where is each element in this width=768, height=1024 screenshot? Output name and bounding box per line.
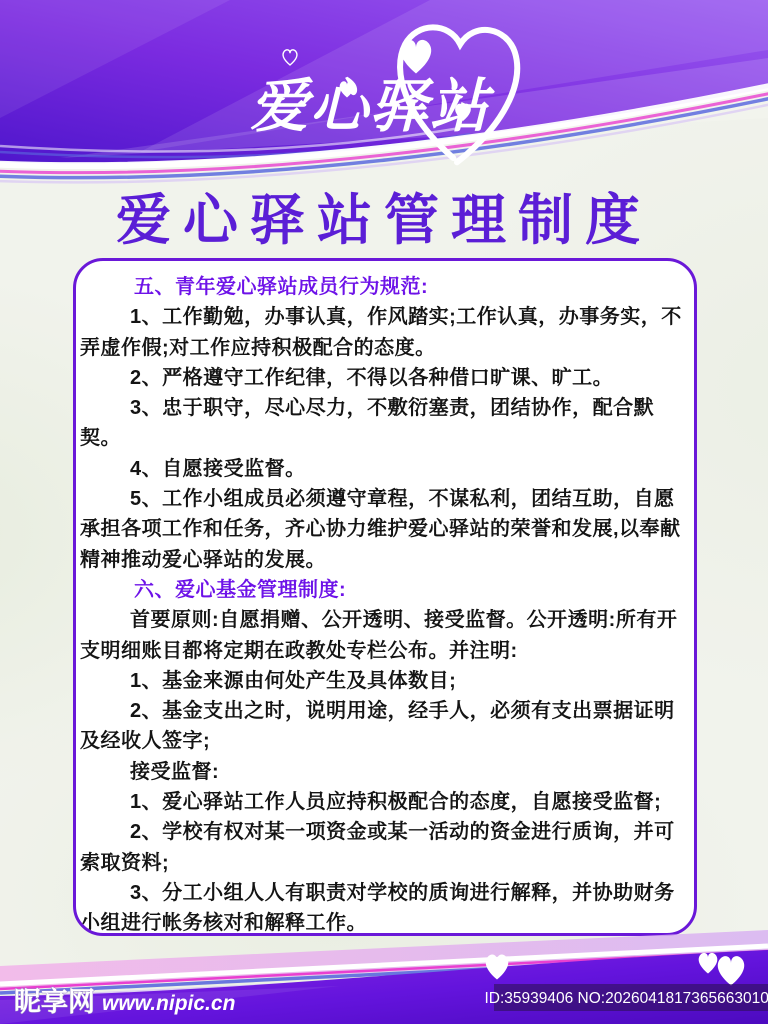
section-5-heading: 五、青年爱心驿站成员行为规范: [80,272,688,302]
rule-paragraph: 5、工作小组成员必须遵守章程，不谋私利，团结互助，自愿承担各项工作和任务，齐心协… [80,484,688,575]
rule-paragraph: 接受监督: [80,757,688,787]
page-title: 爱心驿站管理制度 [0,176,768,255]
rule-paragraph: 3、忠于职守，尽心尽力，不敷衍塞责，团结协作，配合默契。 [80,393,688,454]
rule-paragraph: 1、基金来源由何处产生及具体数目; [80,666,688,696]
rule-paragraph: 2、严格遵守工作纪律，不得以各种借口旷课、旷工。 [80,363,688,393]
logo-script-text: 爱心驿站 [250,74,495,139]
rules-panel: 五、青年爱心驿站成员行为规范: 1、工作勤勉，办事认真，作风踏实;工作认真，办事… [73,258,697,936]
rule-paragraph: 1、爱心驿站工作人员应持积极配合的态度，自愿接受监督; [80,787,688,817]
watermark-site-text: 昵享网 [14,986,95,1017]
section-6-heading: 六、爱心基金管理制度: [80,575,688,605]
rule-paragraph: 首要原则:自愿捐赠、公开透明、接受监督。公开透明:所有开支明细账目都将定期在政教… [80,605,688,666]
rule-paragraph: 2、基金支出之时，说明用途，经手人，必须有支出票据证明及经收人签字; [80,696,688,757]
rule-paragraph: 4、自愿接受监督。 [80,454,688,484]
watermark-url-text: www.nipic.cn [102,992,235,1015]
rule-paragraph: 1、工作勤勉，办事认真，作风踏实;工作认真，办事务实，不弄虚作假;对工作应持积极… [80,302,688,363]
image-id-text: ID:35939406 NO:20260418173656630104 [484,990,768,1007]
poster-page: { "header": { "logo_text": "爱心驿站" }, "ti… [0,0,768,1024]
header-banner: 爱心驿站 [0,0,768,205]
footer-banner: ID:35939406 NO:20260418173656630104 昵享网 … [0,928,768,1024]
rule-paragraph: 2、学校有权对某一项资金或某一活动的资金进行质询，并可索取资料; [80,817,688,878]
